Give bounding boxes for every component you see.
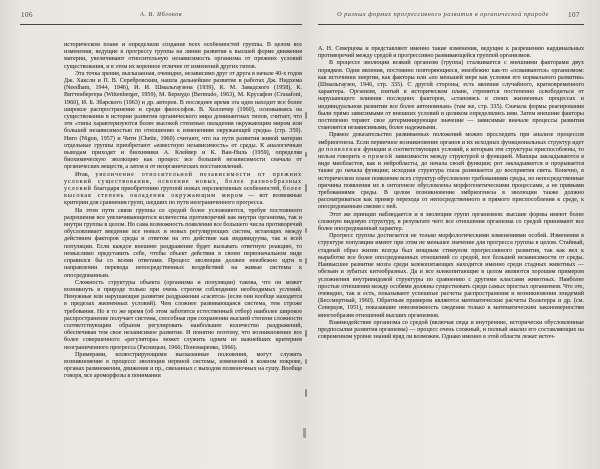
running-title-left: А. В. Яблоков bbox=[20, 11, 302, 18]
book-spread: 106 А. В. Яблоков историческом плане и о… bbox=[0, 0, 600, 469]
binding-mark bbox=[305, 112, 307, 119]
paragraph: Этот же принцип наблюдается и в эволюции… bbox=[318, 212, 584, 234]
page-body-right: А. Н. Северцова и представляют именно та… bbox=[318, 46, 584, 432]
binding-mark bbox=[305, 359, 307, 364]
paragraph: Прямое доказательство развиваемых положе… bbox=[318, 132, 584, 211]
paragraph: Эта точка зрения, высказанная, очевидно,… bbox=[64, 71, 302, 172]
running-title-right: О разных формах прогрессивного развития … bbox=[318, 11, 568, 18]
body-text: зависимости между структурой и функцией.… bbox=[318, 154, 584, 210]
binding-mark bbox=[303, 428, 306, 438]
paragraph: Сложность структуры объекта (организма и… bbox=[64, 280, 302, 352]
body-text: На этом пути связи группы со средой боле… bbox=[64, 208, 302, 279]
body-text: историческом плане и определили создание… bbox=[64, 42, 302, 70]
paragraph: Взаимодействие организма со средой (вклю… bbox=[318, 320, 584, 342]
body-text: В процессе эволюции всякий организм (гру… bbox=[318, 60, 584, 131]
body-text: Взаимодействие организма со средой (вклю… bbox=[318, 320, 584, 340]
paragraph: В процессе эволюции всякий организм (гру… bbox=[318, 60, 584, 132]
body-text: благодаря приобретению группой новых пер… bbox=[92, 186, 283, 192]
emphasized-text: прямой bbox=[368, 154, 393, 160]
paragraph: Примерами, иллюстрирующими высказанные п… bbox=[64, 352, 302, 381]
paragraph: А. Н. Северцова и представляют именно та… bbox=[318, 46, 584, 60]
page-number-right: 107 bbox=[568, 11, 580, 19]
body-text: Примерами, иллюстрирующими высказанные п… bbox=[64, 352, 302, 380]
binding-mark bbox=[305, 330, 307, 337]
binding-mark bbox=[305, 258, 307, 264]
paragraph: Итак, увеличение относительной независим… bbox=[64, 172, 302, 208]
page-body-left: историческом плане и определили создание… bbox=[64, 42, 302, 425]
binding-mark bbox=[305, 389, 307, 397]
paragraph: историческом плане и определили создание… bbox=[64, 42, 302, 71]
binding-mark bbox=[305, 152, 307, 157]
left-page: 106 А. В. Яблоков историческом плане и о… bbox=[0, 0, 300, 469]
body-text: Этот же принцип наблюдается и в эволюции… bbox=[318, 212, 584, 232]
header-rule-left bbox=[20, 24, 302, 25]
right-page: 107 О разных формах прогрессивного разви… bbox=[300, 0, 600, 469]
body-text: А. Н. Северцова и представляют именно та… bbox=[318, 46, 584, 59]
binding-mark bbox=[305, 184, 307, 192]
emphasized-text: появления bbox=[326, 147, 361, 153]
paragraph: На этом пути связи группы со средой боле… bbox=[64, 208, 302, 280]
body-text: Итак, bbox=[75, 172, 95, 178]
header-rule-right bbox=[318, 24, 584, 25]
binding-mark bbox=[305, 228, 307, 233]
body-text: Эта точка зрения, высказанная, очевидно,… bbox=[64, 71, 302, 171]
paragraph: Прогресс группы достигается не только мо… bbox=[318, 233, 584, 319]
body-text: Прогресс группы достигается не только мо… bbox=[318, 233, 584, 318]
body-text: Сложность структуры объекта (организма и… bbox=[64, 280, 302, 351]
